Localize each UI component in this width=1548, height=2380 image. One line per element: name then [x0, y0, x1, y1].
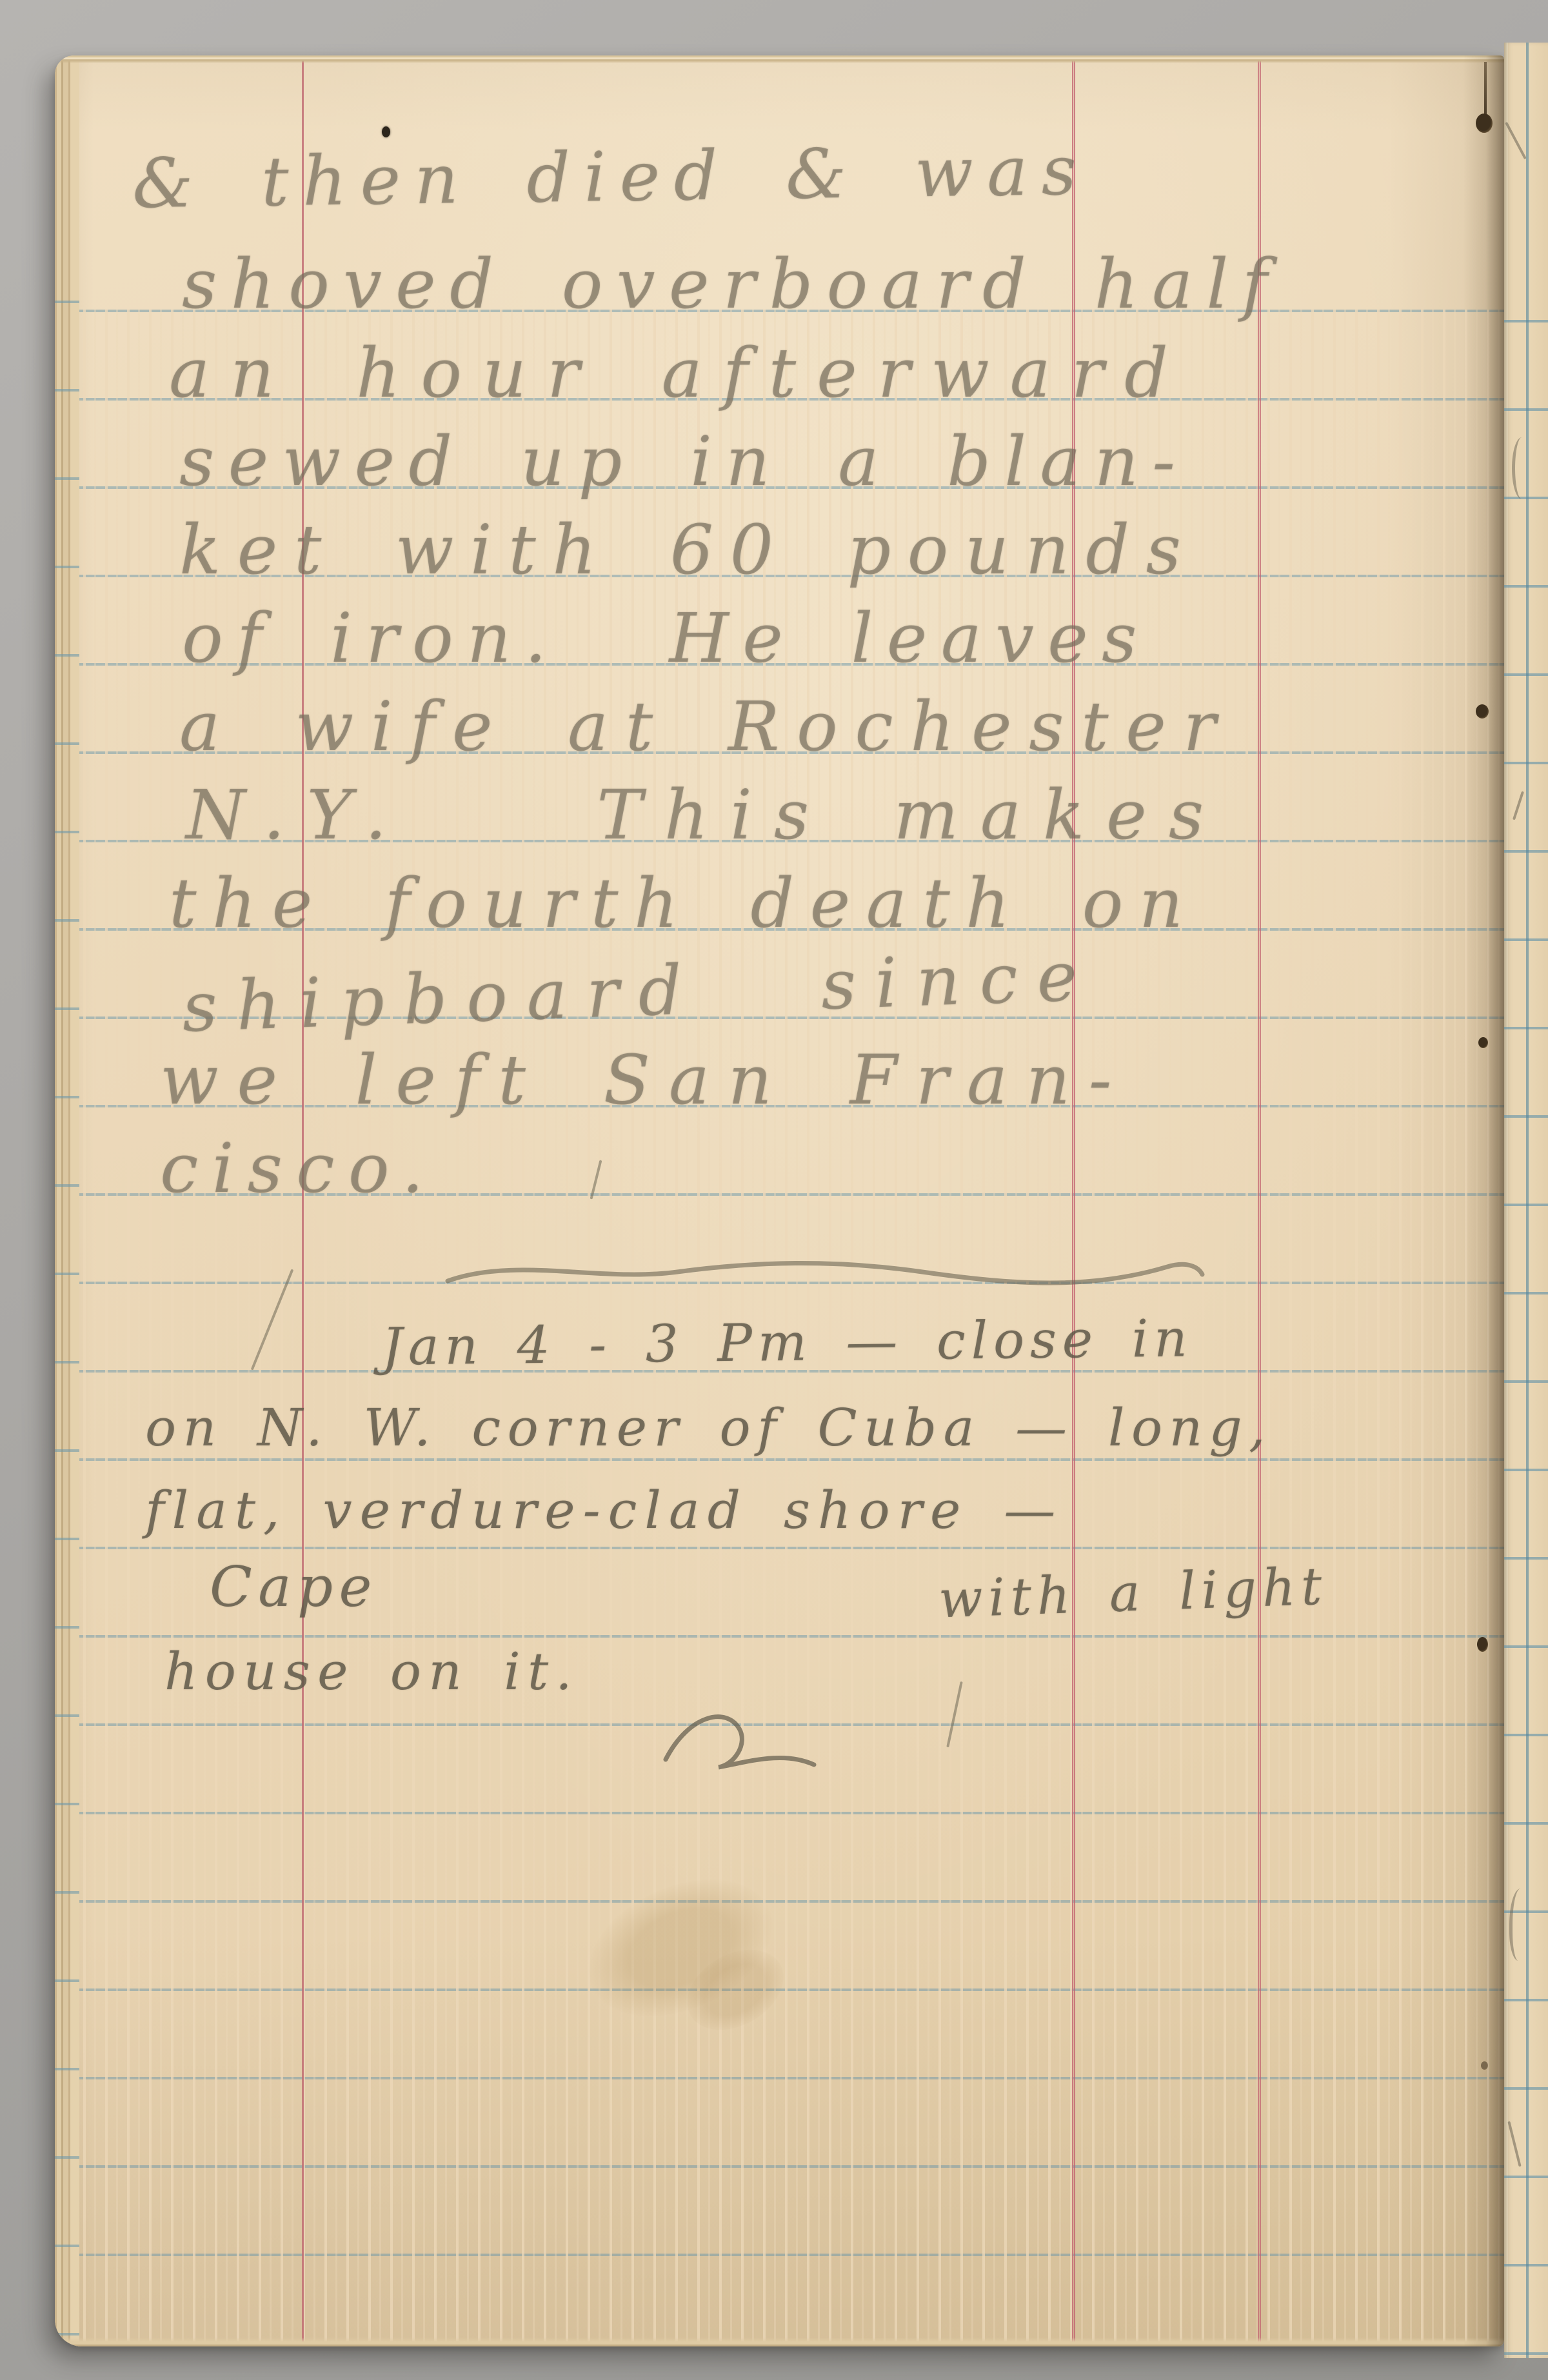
- binding-hole: [1476, 114, 1493, 133]
- binding-hole: [1477, 1637, 1488, 1652]
- page-top-edge: [55, 55, 1504, 63]
- handwriting-line: Cape: [210, 1560, 378, 1615]
- ink-dot: [382, 126, 390, 137]
- handwriting-line: flat, verdure-clad shore —: [145, 1485, 1063, 1536]
- sliver-vertical-rule: [1526, 43, 1529, 2358]
- handwriting-line: shoved overboard half: [182, 250, 1281, 319]
- handwriting-line: ket with 60 pounds: [179, 516, 1197, 584]
- notebook-right-page-sliver: [1504, 43, 1548, 2358]
- handwriting-line: & then died & was: [132, 137, 1090, 219]
- handwriting-line: of iron. He leaves: [182, 604, 1151, 673]
- sliver-pencil-stroke: [1509, 1889, 1532, 1961]
- handwriting-line: with a light: [938, 1560, 1329, 1625]
- flourish-divider: [445, 1253, 1206, 1300]
- handwriting-line: house on it.: [164, 1646, 579, 1698]
- end-squiggle: [657, 1703, 824, 1787]
- handwriting-line: on N. W. corner of Cuba — long,: [145, 1402, 1272, 1454]
- page-bottom-edge: [55, 2337, 1504, 2346]
- handwriting-line: we left San Fran-: [160, 1046, 1130, 1115]
- binding-hole: [1476, 704, 1489, 719]
- scanned-notebook-photo: { "document": { "type": "handwritten dia…: [0, 0, 1548, 2380]
- sliver-pencil-stroke: [1512, 437, 1532, 499]
- handwriting-line: a wife at Rochester: [179, 693, 1233, 761]
- page-stack-edge-rules: [55, 301, 79, 2346]
- binding-stitch: [1484, 62, 1487, 119]
- handwriting-line: an hour afterward: [169, 339, 1189, 408]
- binding-gutter-shadow: [1463, 55, 1504, 2346]
- red-margin-line-right-2: [1258, 55, 1261, 2346]
- sliver-pencil-stroke: [1505, 122, 1527, 159]
- handwriting-line: cisco.: [160, 1135, 437, 1203]
- handwriting-line: sewed up in a blan-: [179, 428, 1189, 496]
- binding-hole: [1478, 1037, 1488, 1048]
- handwriting-line: N.Y. This makes: [186, 781, 1225, 849]
- handwriting-line: the fourth death on: [169, 869, 1199, 938]
- handwriting-line: Jan 4 - 3 Pm — close in: [382, 1313, 1193, 1373]
- binding-hole: [1481, 2061, 1488, 2070]
